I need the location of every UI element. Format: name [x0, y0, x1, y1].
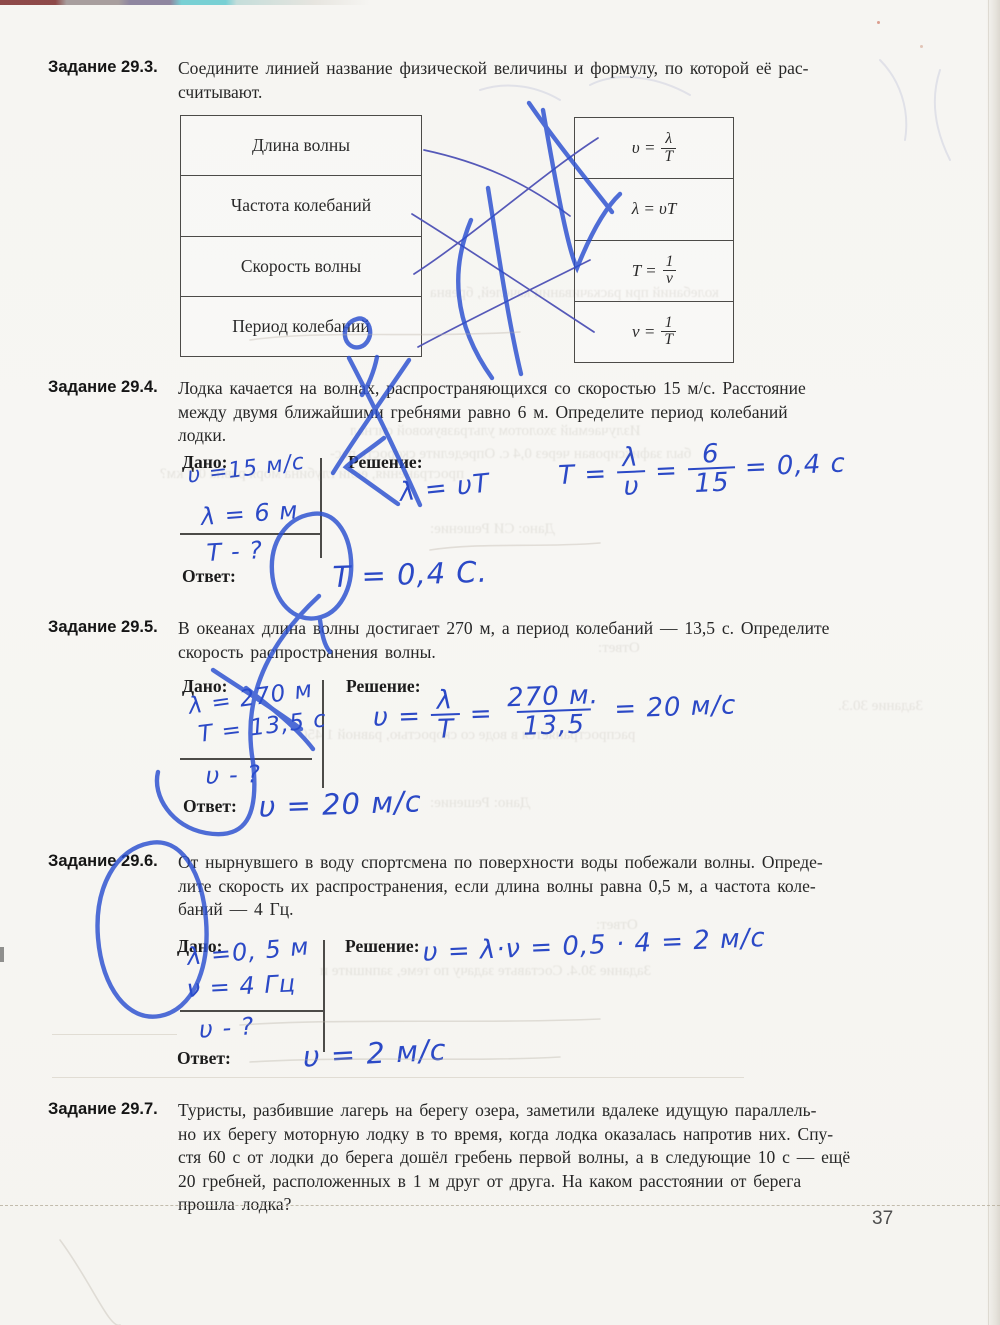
dano-separator-29-5 [180, 758, 312, 760]
pen-match-line-2 [412, 214, 594, 332]
hw-given-find: υ - ? [205, 760, 261, 790]
bleed-through-text: колебаний при раскачивании качелей, брев… [430, 285, 719, 302]
hw-sol-pre: T = [558, 458, 608, 490]
dano-separator-29-4 [180, 533, 320, 535]
match-table-left: Длина волны Частота колебаний Скорость в… [180, 115, 422, 357]
bleed-through-text: Излучаемый эхолотом ультразвуковой сигна… [350, 423, 641, 440]
match-left-label: Скорость волны [241, 256, 361, 277]
ghost-scribble [430, 543, 600, 550]
otvet-label-29-4: Ответ: [182, 566, 236, 587]
formula-row-2: λ = υT [575, 179, 733, 240]
dano-divider-29-6 [323, 940, 325, 1052]
task-29-4-label: Задание 29.4. [48, 378, 158, 397]
bleed-through-text: Ответ: [598, 640, 640, 657]
otvet-label-29-5: Ответ: [183, 796, 237, 817]
formula-row-4: ν = 1T [575, 302, 733, 362]
hw-solution-work: υ = λ·ν = 0,5 · 4 = 2 м/с [422, 923, 766, 968]
ghost-scribble [935, 70, 950, 160]
match-table-right: υ = λT λ = υT T = 1ν ν = 1T [574, 117, 734, 363]
hw-given-frequency: ν = 4 Гц [186, 969, 297, 1003]
match-left-row-3: Скорость волны [181, 237, 421, 297]
page-number: 37 [872, 1208, 893, 1230]
task-29-6-text: От нырнувшего в воду спортсмена по повер… [178, 851, 923, 922]
bleed-through-text: Дано: СИ Решение: [430, 521, 555, 538]
formula-plain: λ = υT [632, 199, 677, 219]
pen-match-line-4 [418, 260, 590, 347]
hw-fraction: 615 [687, 440, 736, 497]
formula-fraction: λT [661, 131, 676, 165]
tear-line [0, 1205, 1000, 1206]
formula-lhs: υ = [632, 138, 656, 158]
bleed-through-text: пространения, если глубина моря равна 0,… [160, 466, 464, 483]
formula-lhs: T = [632, 261, 657, 281]
hw-given-find: υ - ? [198, 1012, 255, 1044]
hw-answer-29-4: T = 0,4 С. [332, 555, 488, 594]
paper-speck [920, 45, 923, 48]
match-left-row-4: Период колебаний [181, 297, 421, 356]
ghost-scribble [240, 1019, 600, 1025]
bleed-rule-line [52, 1034, 177, 1035]
bleed-rule-line [52, 1077, 744, 1078]
match-left-row-1: Длина волны [181, 116, 421, 176]
match-left-label: Частота колебаний [231, 195, 371, 216]
bleed-through-text: Задание 30.3. [838, 698, 923, 715]
paper-speck [877, 21, 880, 24]
formula-lhs: ν = [632, 322, 655, 342]
hw-equals: = [469, 698, 493, 729]
ghost-scribble [60, 1240, 120, 1325]
hw-answer-29-6: υ = 2 м/с [302, 1032, 447, 1073]
task-29-6-label: Задание 29.6. [48, 852, 158, 871]
pen-match-line-3 [414, 138, 598, 274]
page-fold-line [988, 0, 989, 1325]
hw-answer-29-5: υ = 20 м/с [258, 784, 422, 824]
task-29-5-label: Задание 29.5. [48, 618, 158, 637]
match-left-label: Длина волны [252, 135, 350, 156]
hw-given-wavelength: λ = 6 м [200, 496, 299, 531]
left-edge-mark [0, 947, 4, 962]
task-29-7-label: Задание 29.7. [48, 1100, 158, 1119]
hw-result: = 0,4 с [744, 448, 846, 482]
bleed-through-text: Дано: Решение: [430, 795, 530, 812]
workbook-page: Задание 29.3. Соедините линией название … [0, 0, 1000, 1325]
match-left-row-2: Частота колебаний [181, 176, 421, 236]
task-29-7-text: Туристы, разбившие лагерь на берегу озер… [178, 1099, 923, 1217]
top-edge-strip [0, 0, 370, 5]
formula-fraction: 1ν [663, 254, 677, 288]
match-left-label: Период колебаний [232, 316, 369, 337]
bleed-through-text: Задание 30.4. Составьте задачу по теме, … [320, 963, 651, 980]
bleed-through-text: Ответ: [596, 917, 638, 934]
formula-row-1: υ = λT [575, 118, 733, 179]
reshenie-label-29-6: Решение: [345, 936, 420, 957]
bleed-through-text: распространяется в воде со скоростью, ра… [300, 727, 635, 744]
pen-match-line-1 [424, 150, 570, 216]
task-29-3-label: Задание 29.3. [48, 58, 158, 77]
otvet-label-29-6: Ответ: [177, 1048, 231, 1069]
task-29-5-text: В океанах длина волны достигает 270 м, а… [178, 617, 923, 664]
task-29-3-text: Соедините линией название физической вел… [178, 57, 923, 104]
pen-bold-diag [488, 188, 521, 374]
formula-fraction: 1T [661, 315, 676, 349]
hw-result: = 20 м/с [614, 690, 737, 724]
hw-given-find: T - ? [206, 536, 264, 567]
bleed-through-text: был зафиксирован через 0,4 с. Определите… [330, 446, 691, 463]
